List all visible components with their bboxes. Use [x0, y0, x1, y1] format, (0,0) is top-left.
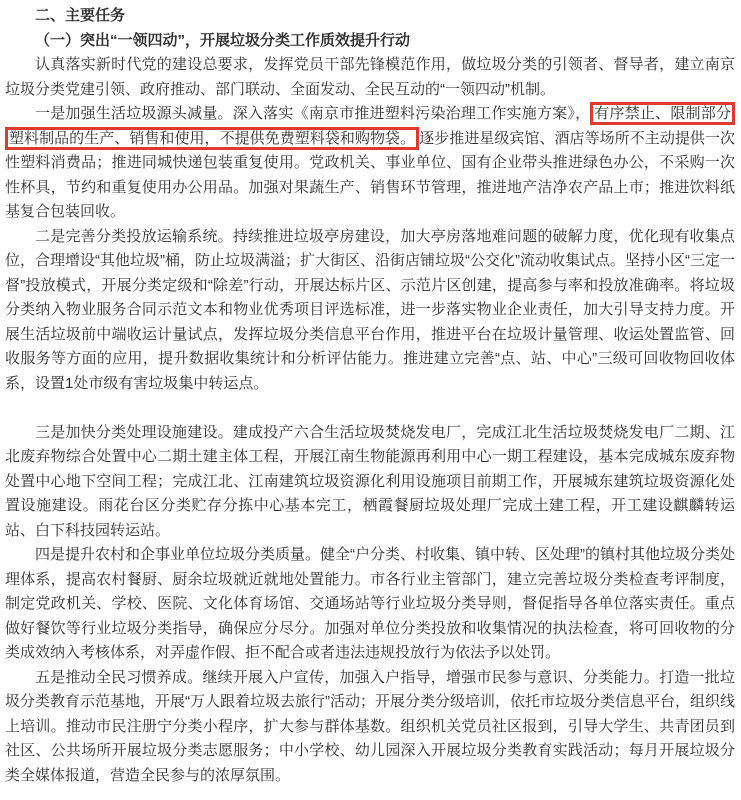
document-page: 二、主要任务 （一）突出“一领四动”，开展垃圾分类工作质效提升行动 认真落实新时… — [0, 0, 741, 800]
task1-text-before: 一是加强生活垃圾源头减量。深入落实《南京市推进塑料污染治理工作实施方案》， — [35, 105, 590, 122]
paragraph-task4: 四是提升农村和企事业单位垃圾分类质量。健全“户分类、村收集、镇中转、区处理”的镇… — [5, 543, 735, 666]
paragraph-task2: 二是完善分类投放运输系统。持续推进垃圾亭房建设，加大亭房落地难问题的破解力度，优… — [5, 225, 735, 397]
paragraph-task5: 五是推动全民习惯养成。继续开展入户宣传，加强入户指导，增强市民参与意识、分类能力… — [5, 666, 735, 789]
paragraph-intro: 认真落实新时代党的建设总要求，发挥党员干部先锋模范作用，做垃圾分类的引领者、督导… — [5, 53, 735, 102]
subsection-heading: （一）突出“一领四动”，开展垃圾分类工作质效提升行动 — [5, 29, 735, 54]
paragraph-task1: 一是加强生活垃圾源头减量。深入落实《南京市推进塑料污染治理工作实施方案》，有序禁… — [5, 102, 735, 225]
paragraph-task3: 三是加快分类处理设施建设。建成投产六合生活垃圾焚烧发电厂，完成江北生活垃圾焚烧发… — [5, 421, 735, 544]
section-heading: 二、主要任务 — [5, 4, 735, 29]
